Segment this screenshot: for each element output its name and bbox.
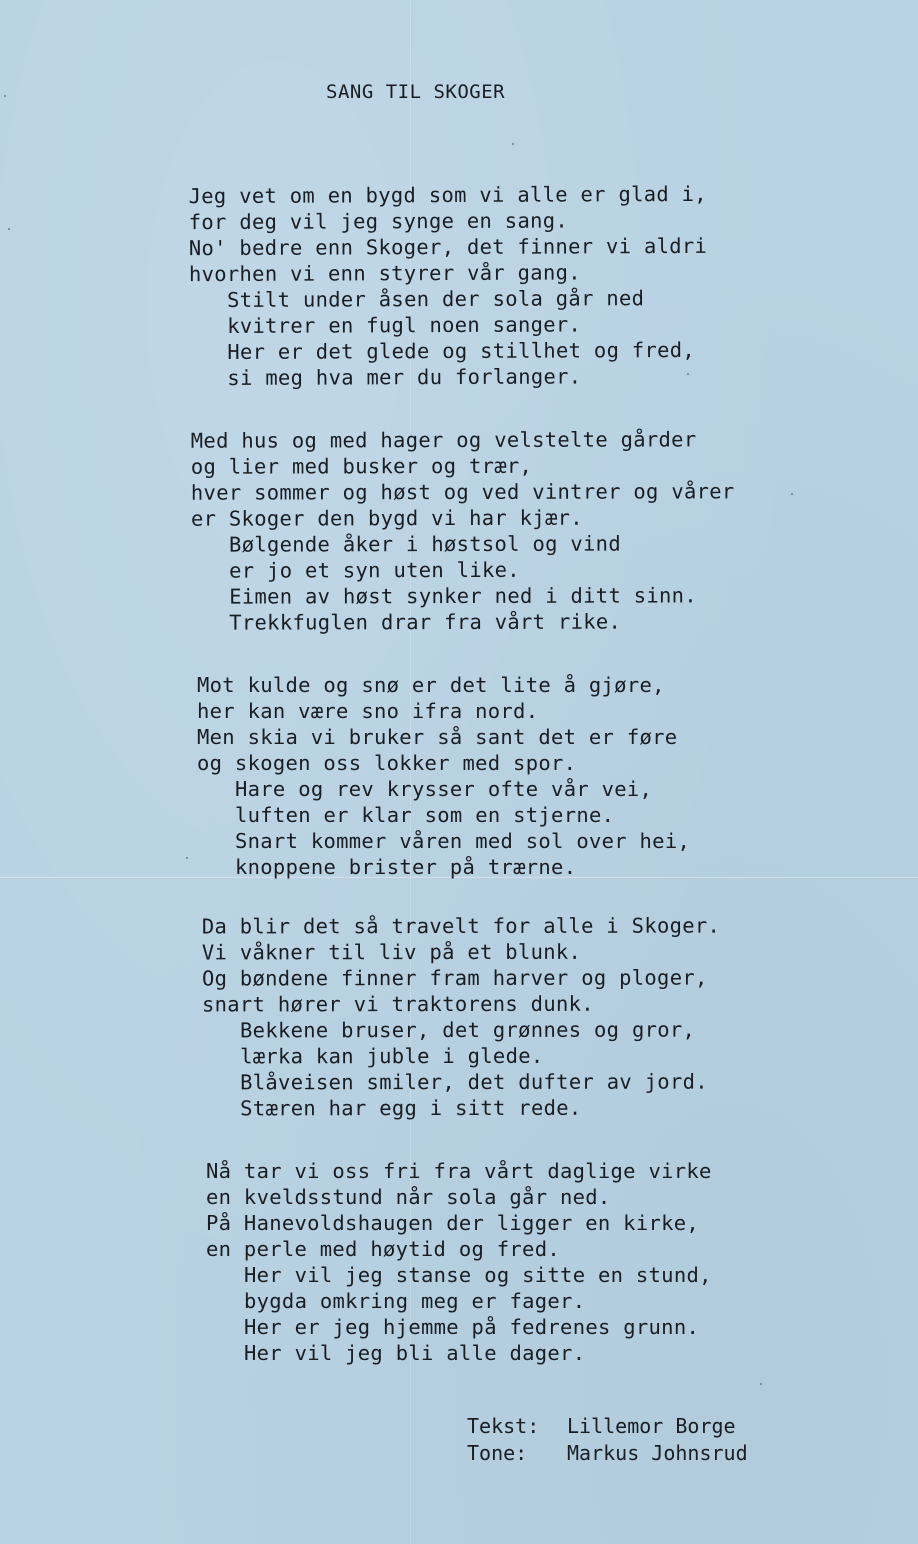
paper-speck	[4, 95, 6, 97]
verse-line: No' bedre enn Skoger, det finner vi aldr…	[189, 233, 707, 261]
song-title: SANG TIL SKOGER	[326, 81, 505, 103]
credits-block: Tekst: Lillemor Borge Tone: Markus Johns…	[467, 1413, 748, 1467]
paper-speck	[791, 493, 793, 495]
verse-line: Her vil jeg bli alle dager.	[206, 1340, 712, 1366]
credit-label: Tone:	[467, 1440, 567, 1467]
verse-line: er Skoger den bygd vi har kjær.	[191, 504, 735, 531]
verse-line: luften er klar som en stjerne.	[197, 802, 690, 828]
verse-line: en kveldsstund når sola går ned.	[206, 1184, 712, 1210]
verse-line: Bølgende åker i høstsol og vind	[191, 530, 735, 557]
verse-line: Eimen av høst synker ned i ditt sinn.	[191, 582, 735, 609]
verse-line: Da blir det så travelt for alle i Skoger…	[202, 913, 720, 940]
verse-line: Snart kommer våren med sol over hei,	[197, 828, 690, 854]
verse-line: Vi våkner til liv på et blunk.	[202, 939, 720, 966]
verse-line: hvorhen vi enn styrer vår gang.	[189, 259, 707, 287]
paper-speck	[760, 1383, 762, 1385]
paper-speck	[512, 143, 514, 145]
paper-speck	[186, 857, 188, 859]
credit-label: Tekst:	[467, 1413, 567, 1440]
verse-line: hver sommer og høst og ved vintrer og vå…	[191, 478, 735, 505]
verse-line: si meg hva mer du forlanger.	[189, 363, 707, 391]
verse-line: Jeg vet om en bygd som vi alle er glad i…	[189, 181, 707, 209]
verse-line: og lier med busker og trær,	[191, 452, 735, 479]
verse-line: bygda omkring meg er fager.	[206, 1288, 712, 1314]
verse-line: Hare og rev krysser ofte vår vei,	[197, 776, 690, 802]
credit-melody: Tone: Markus Johnsrud	[467, 1440, 748, 1467]
verse-line: Her er det glede og stillhet og fred,	[189, 337, 707, 365]
verse-line: snart hører vi traktorens dunk.	[202, 991, 720, 1018]
verse-line: og skogen oss lokker med spor.	[197, 750, 690, 776]
verse-line: Nå tar vi oss fri fra vårt daglige virke	[206, 1158, 712, 1184]
verse-line: lærka kan juble i glede.	[202, 1043, 720, 1070]
stanza-4: Da blir det så travelt for alle i Skoger…	[202, 913, 721, 1122]
verse-line: her kan være sno ifra nord.	[197, 698, 690, 724]
verse-line: Blåveisen smiler, det dufter av jord.	[202, 1069, 720, 1096]
verse-line: Stæren har egg i sitt rede.	[202, 1095, 720, 1122]
verse-line: Men skia vi bruker så sant det er føre	[197, 724, 690, 750]
verse-line: Her er jeg hjemme på fedrenes grunn.	[206, 1314, 712, 1340]
stanza-1: Jeg vet om en bygd som vi alle er glad i…	[189, 181, 708, 391]
credit-value: Markus Johnsrud	[567, 1440, 748, 1467]
verse-line: Mot kulde og snø er det lite å gjøre,	[197, 672, 690, 698]
verse-line: Med hus og med hager og velstelte gårder	[191, 426, 735, 453]
stanza-2: Med hus og med hager og velstelte gårder…	[191, 426, 735, 635]
verse-line: Trekkfuglen drar fra vårt rike.	[191, 608, 735, 635]
verse-line: for deg vil jeg synge en sang.	[189, 207, 707, 235]
verse-line: På Hanevoldshaugen der ligger en kirke,	[206, 1210, 712, 1236]
verse-line: knoppene brister på trærne.	[197, 854, 690, 880]
paper-speck	[687, 373, 689, 375]
verse-line: er jo et syn uten like.	[191, 556, 735, 583]
credit-value: Lillemor Borge	[567, 1413, 736, 1440]
stanza-5: Nå tar vi oss fri fra vårt daglige virke…	[206, 1158, 712, 1366]
stanza-3: Mot kulde og snø er det lite å gjøre,her…	[197, 672, 690, 880]
verse-line: Bekkene bruser, det grønnes og gror,	[202, 1017, 720, 1044]
verse-line: Og bøndene finner fram harver og ploger,	[202, 965, 720, 992]
paper-speck	[8, 228, 10, 230]
credit-lyrics: Tekst: Lillemor Borge	[467, 1413, 748, 1440]
verse-line: en perle med høytid og fred.	[206, 1236, 712, 1262]
verse-line: Her vil jeg stanse og sitte en stund,	[206, 1262, 712, 1288]
verse-line: kvitrer en fugl noen sanger.	[189, 311, 707, 339]
verse-line: Stilt under åsen der sola går ned	[189, 285, 707, 313]
